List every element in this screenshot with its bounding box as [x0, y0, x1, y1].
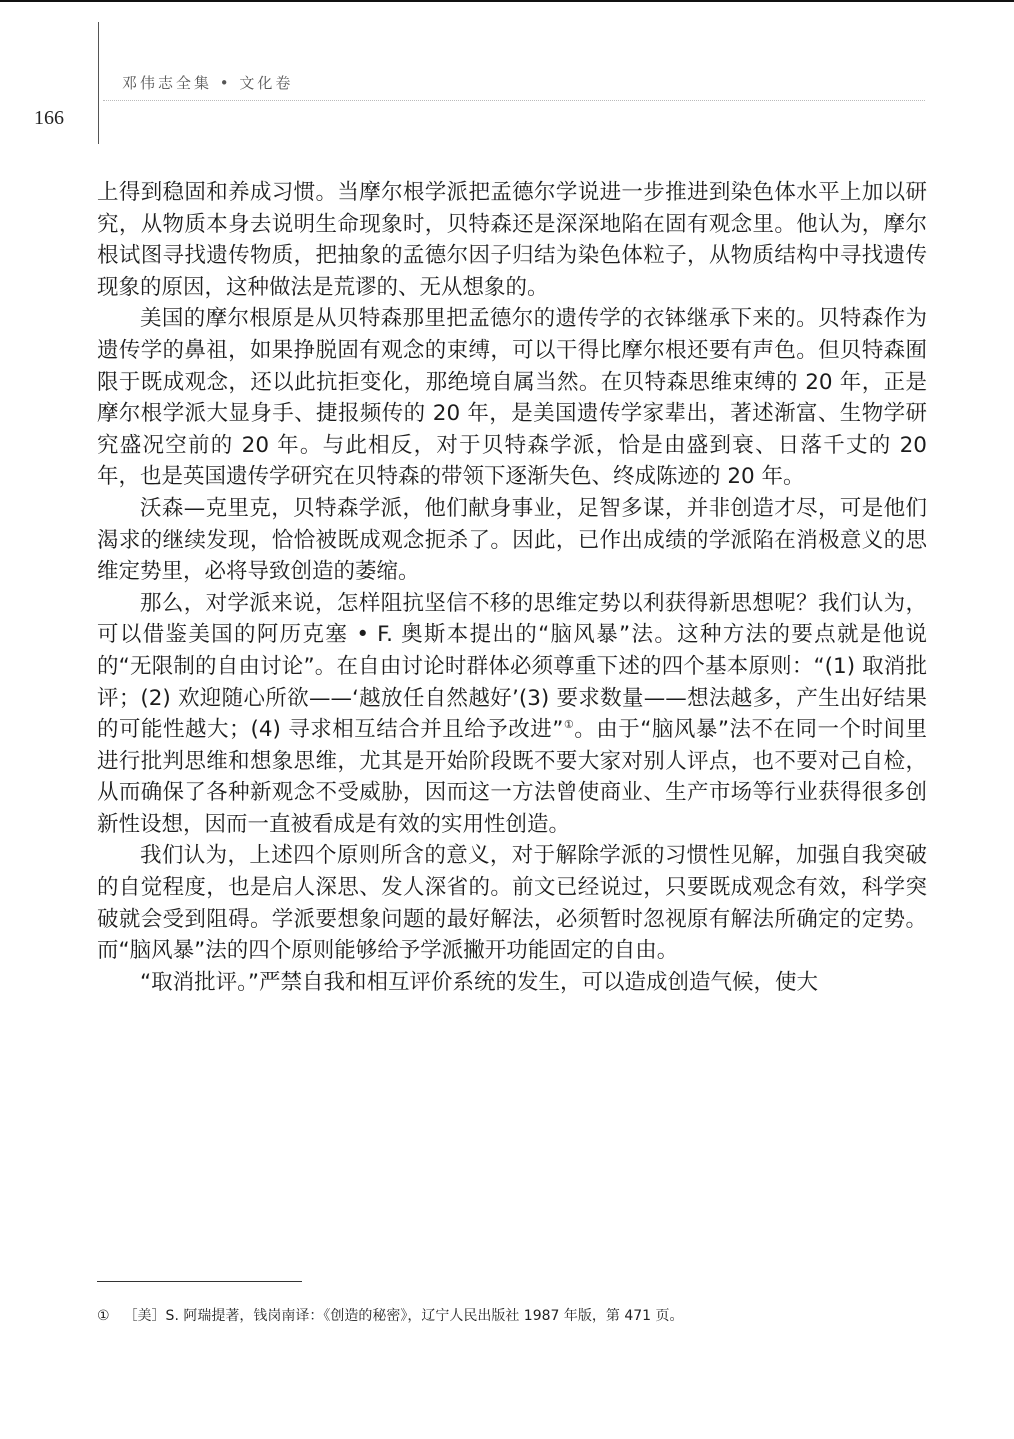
running-header-title: 邓伟志全集 • 文化卷 — [122, 72, 293, 93]
footnote-mark: ① — [97, 1308, 110, 1324]
paragraph-3: 沃森—克里克，贝特森学派，他们献身事业，足智多谋，并非创造才尽，可是他们渴求的继… — [97, 493, 927, 588]
footnote-text: ［美］S. 阿瑞提著，钱岗南译：《创造的秘密》，辽宁人民出版社 1987 年版，… — [124, 1308, 684, 1324]
header-dotted-divider — [103, 100, 925, 101]
page-number: 166 — [34, 107, 64, 130]
paragraph-6: “取消批评。”严禁自我和相互评价系统的发生，可以造成创造气候，使大 — [97, 967, 927, 999]
top-border-rule — [0, 0, 1014, 2]
body-text: 上得到稳固和养成习惯。当摩尔根学派把孟德尔学说进一步推进到染色体水平上加以研究，… — [97, 177, 927, 998]
footnote-1: ①［美］S. 阿瑞提著，钱岗南译：《创造的秘密》，辽宁人民出版社 1987 年版… — [97, 1305, 684, 1325]
paragraph-5: 我们认为，上述四个原则所含的意义，对于解除学派的习惯性见解，加强自我突破的自觉程… — [97, 840, 927, 966]
paragraph-1: 上得到稳固和养成习惯。当摩尔根学派把孟德尔学说进一步推进到染色体水平上加以研究，… — [97, 177, 927, 303]
footnote-reference-1[interactable]: ① — [563, 718, 574, 731]
footnote-divider — [97, 1281, 302, 1282]
paragraph-4: 那么，对学派来说，怎样阻抗坚信不移的思维定势以利获得新思想呢？我们认为，可以借鉴… — [97, 588, 927, 841]
header-vertical-rule — [98, 22, 99, 144]
paragraph-2: 美国的摩尔根原是从贝特森那里把孟德尔的遗传学的衣钵继承下来的。贝特森作为遗传学的… — [97, 303, 927, 493]
